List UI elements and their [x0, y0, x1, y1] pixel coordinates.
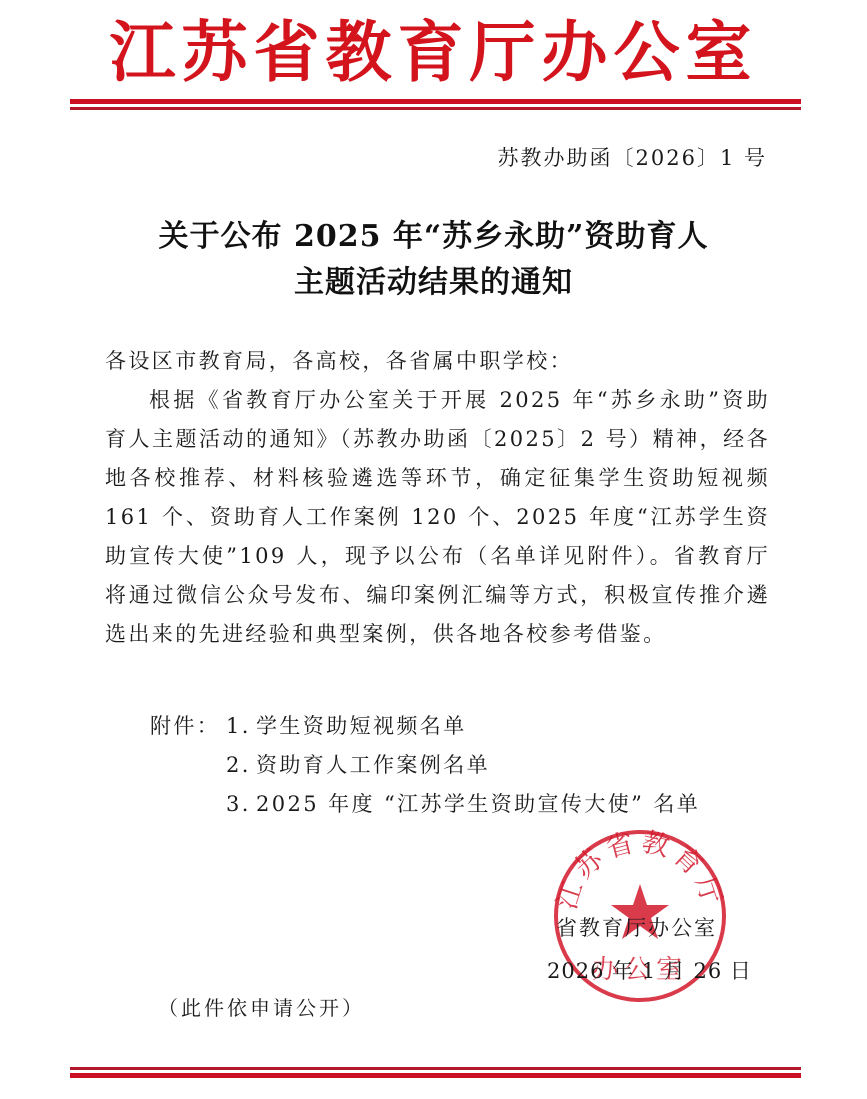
- attachment-item: 2. 资助育人工作案例名单: [150, 746, 700, 785]
- footer-rule-thick: [70, 1073, 801, 1078]
- body-paragraph: 根据《省教育厅办公室关于开展 2025 年“苏乡永助”资助育人主题活动的通知》（…: [105, 381, 770, 654]
- attachment-item: 附件： 1. 学生资助短视频名单: [150, 707, 700, 746]
- attachment-item: 3. 2025 年度 “江苏学生资助宣传大使” 名单: [150, 785, 700, 824]
- title-line-1: 关于公布 2025 年“苏乡永助”资助育人: [0, 214, 867, 260]
- header-rule-thick: [70, 99, 801, 104]
- issue-date: 2026 年 1 月 26 日: [547, 955, 752, 985]
- attachments-list: 附件： 1. 学生资助短视频名单 2. 资助育人工作案例名单 3. 2025 年…: [150, 707, 700, 824]
- issuer: 省教育厅办公室: [556, 912, 717, 942]
- header-rule-thin: [70, 107, 801, 110]
- attachments-label: 附件：: [150, 707, 226, 746]
- document-title: 关于公布 2025 年“苏乡永助”资助育人 主题活动结果的通知: [0, 214, 867, 306]
- masthead: 江苏省教育厅办公室: [0, 12, 867, 92]
- salutation: 各设区市教育局，各高校，各省属中职学校：: [105, 342, 770, 381]
- footer-rule-thin: [70, 1067, 801, 1070]
- document-number: 苏教办助函〔2026〕1 号: [498, 142, 767, 172]
- disclosure-note: （此件依申请公开）: [158, 992, 365, 1021]
- title-line-2: 主题活动结果的通知: [0, 260, 867, 306]
